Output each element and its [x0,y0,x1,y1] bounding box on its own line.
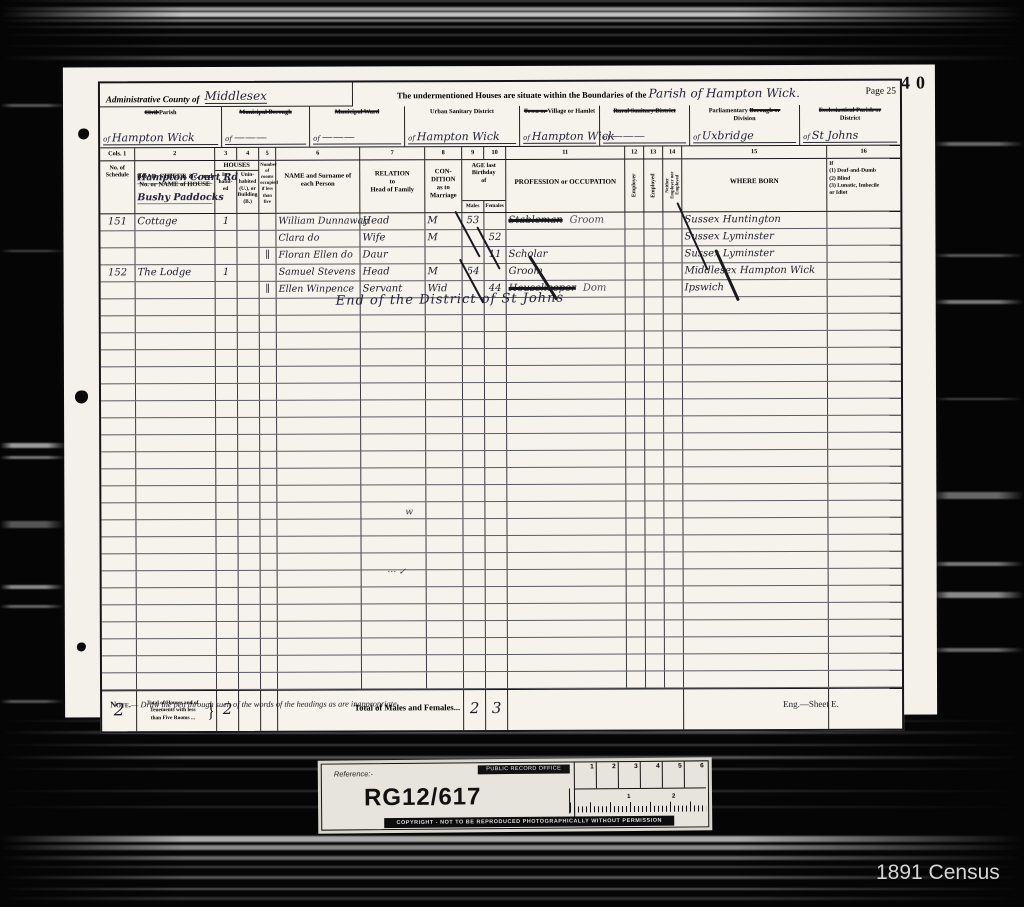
table-cell [361,417,426,433]
heading-schedule: No. of Schedule [100,161,135,213]
table-cell [683,518,828,535]
scanline [0,0,1024,2]
table-cell [485,434,507,450]
scanline [0,19,1024,22]
table-cell [664,467,683,483]
table-cell [238,452,260,468]
district-cell: Municipal Boroughof——— [222,107,310,147]
table-cell [239,656,261,672]
scanline [0,12,1024,17]
table-cell [645,331,664,347]
table-cell [137,588,217,604]
district-cell: Urban Sanitary DistrictofHampton Wick [405,106,520,146]
table-cell [665,586,684,602]
table-cell [260,520,277,536]
table-cell [427,638,464,654]
table-cell [278,587,362,603]
table-cell [664,450,683,466]
scanline [0,585,64,589]
punch-hole [77,642,86,651]
road-entry: Bushy Paddocks [137,192,212,204]
column-number: 14 [663,146,682,158]
table-cell [684,586,829,603]
totals-houses: Total of Houses and of Tenements with le… [137,691,217,731]
table-cell: Head [361,264,426,280]
table-cell [485,485,507,501]
table-cell [102,537,137,553]
table-cell [278,604,362,620]
column-number: 6 [276,147,360,159]
table-cell [827,229,900,245]
table-cell [486,672,508,688]
table-cell [828,348,901,364]
table-cell [829,535,902,551]
table-cell [463,434,485,450]
table-cell [101,282,136,298]
table-cell [216,418,238,434]
table-cell [485,417,507,433]
table-cell [828,331,901,347]
table-cell [463,332,485,348]
reference-value: RG12/617 [364,783,482,812]
heading-rooms: Number of rooms occupied if less than fi… [259,161,276,213]
table-cell [426,366,463,382]
heading-profession: PROFESSION or OCCUPATION [506,160,625,212]
table-cell [645,399,664,415]
cm-ruler: 12 [569,787,706,813]
table-cell [664,314,683,330]
table-cell [684,569,829,586]
table-cell [277,332,361,348]
table-cell [362,621,427,637]
table-cell [507,366,626,382]
table-cell [484,213,506,229]
table-cell [828,399,901,415]
table-cell: Daur [360,247,425,263]
heading-infirmities: If (1) Deaf-and-Dumb (2) Blind (3) Lunat… [827,159,900,211]
table-cell [464,604,486,620]
table-cell [238,333,260,349]
table-cell [216,503,238,519]
table-cell [361,383,426,399]
table-cell [507,468,626,484]
table-cell [101,486,136,502]
table-cell [463,468,485,484]
scanline [0,845,1024,850]
table-cell [683,450,828,467]
scanline [932,562,1024,566]
table-cell [464,672,486,688]
heading-employed: Employed [644,159,663,211]
table-cell [136,350,216,366]
table-cell: Clara do [276,230,360,246]
table-cell [239,605,261,621]
scanline [0,250,66,252]
totals-males-females-label: Total of Males and Females... [278,690,464,731]
table-cell [102,571,137,587]
table-cell [361,434,426,450]
cm-mark: 2 [672,794,675,800]
table-cell [277,315,361,331]
table-cell [217,656,239,672]
table-cell [277,485,361,501]
column-number: 3 [215,148,237,160]
table-cell [665,603,684,619]
stray-mark: ⋯ ✓ [387,567,406,577]
scanline [0,34,1024,36]
scanline [0,45,1024,47]
table-cell [216,401,238,417]
table-cell [216,435,238,451]
form-title-row: Administrative County of Middlesex The u… [100,81,900,108]
census-form: Administrative County of Middlesex The u… [98,79,904,734]
table-cell [261,588,278,604]
table-cell [485,400,507,416]
table-cell [427,655,464,671]
table-cell [665,654,684,670]
table-cell [278,672,362,688]
table-cell [463,383,485,399]
table-cell [508,570,627,586]
table-cell [277,349,361,365]
table-cell [463,519,485,535]
table-cell [828,280,901,296]
table-cell [645,280,664,296]
table-cell: Scholar [506,247,625,263]
table-cell [485,383,507,399]
scanline [0,876,1024,879]
table-cell [217,537,239,553]
table-cell [463,349,485,365]
table-cell [137,571,217,587]
table-cell [136,486,216,502]
table-cell [664,484,683,500]
table-cell [259,214,276,230]
scanline [934,254,1024,257]
table-cell [485,502,507,518]
table-cell: ∥ [260,282,277,298]
heading-road: ROAD, STREET, &c., and No. or NAME of HO… [135,161,215,213]
table-cell: The Lodge [136,265,216,281]
table-cell [463,485,485,501]
district-cell: Parliamentary Borough orDivisionofUxbrid… [690,105,800,145]
totals-row: 2 Total of Houses and of Tenements with … [102,688,902,732]
table-cell [101,418,136,434]
table-cell [136,520,216,536]
table-cell [238,469,260,485]
table-cell [645,518,664,534]
table-cell [664,399,683,415]
heading-where-born: WHERE BORN [682,159,827,212]
column-number: 5 [259,148,276,160]
table-cell [136,418,216,434]
scanline [0,700,64,703]
table-cell [277,468,361,484]
table-cell [238,401,260,417]
table-cell [626,433,645,449]
table-cell [463,366,485,382]
table-cell [626,382,645,398]
table-cell [426,434,463,450]
table-cell [102,605,137,621]
table-cell [239,622,261,638]
table-cell [216,299,238,315]
table-cell [684,603,829,620]
table-cell [646,620,665,636]
table-cell [217,639,239,655]
table-cell [216,333,238,349]
table-cell [486,638,508,654]
heading-age-title: AGE last Birthday of [462,160,505,200]
scanline [934,142,1024,146]
table-cell [646,535,665,551]
table-cell [485,332,507,348]
heading-condition: CON- DITION as to Marriage [425,160,462,212]
inch-mark: 5 [663,762,685,788]
table-cell [663,246,682,262]
table-cell [427,553,464,569]
table-cell [217,673,239,689]
table-cell [645,416,664,432]
table-cell [261,554,278,570]
scanline [934,300,1024,304]
table-cell [238,520,260,536]
table-cell [261,571,278,587]
table-cell [828,382,901,398]
table-cell [361,332,426,348]
table-cell [626,348,645,364]
table-cell [683,484,828,501]
table-cell [626,399,645,415]
table-cell [464,587,486,603]
table-cell [362,638,427,654]
table-cell [626,501,645,517]
table-cell [136,401,216,417]
table-cell [427,587,464,603]
table-cell [277,434,361,450]
table-cell [217,605,239,621]
table-cell [626,484,645,500]
table-cell [463,400,485,416]
table-cell [136,282,216,298]
table-cell [239,554,261,570]
table-cell [137,639,217,655]
column-number: 10 [484,147,506,159]
table-cell [135,248,215,264]
table-cell [277,383,361,399]
table-cell [664,365,683,381]
table-cell [645,263,664,279]
inch-mark: 2 [597,762,619,788]
census-page: 40 Administrative County of Middlesex Th… [63,64,937,717]
table-cell [101,503,136,519]
table-cell [260,418,277,434]
scanline [0,605,64,608]
table-cell [426,383,463,399]
table-cell [684,654,829,671]
table-cell [625,212,644,228]
table-cell [646,603,665,619]
table-cell [277,366,361,382]
table-cell [216,486,238,502]
table-cell [829,620,902,636]
table-cell [829,654,902,670]
table-cell [217,571,239,587]
table-cell [684,620,829,637]
table-cell: Samuel Stevens [277,264,361,280]
table-cell [485,349,507,365]
table-body: 151Cottage1William DunnawayHeadM53Stable… [100,212,902,691]
table-cell [462,247,484,263]
table-cell: William Dunnaway [276,213,360,229]
table-cell [278,655,362,671]
table-cell [100,231,135,247]
heading-age-group: AGE last Birthday of Males Females [462,160,506,212]
heading-name: NAME and Surname of each Person [276,160,360,212]
table-cell [463,451,485,467]
table-cell [135,231,215,247]
table-cell [829,569,902,585]
table-cell [828,365,901,381]
table-cell [102,622,137,638]
table-cell [486,553,508,569]
table-cell [426,400,463,416]
table-cell [627,535,646,551]
scanline [0,456,66,459]
table-cell [665,637,684,653]
table-cell [102,554,137,570]
table-cell [261,639,278,655]
table-cell [238,350,260,366]
table-cell [645,297,664,313]
table-cell [101,435,136,451]
table-cell [238,486,260,502]
table-cell [828,518,901,534]
inch-mark: 6 [685,761,706,787]
table-cell [216,350,238,366]
table-cell [239,571,261,587]
page-number: Page 25 [844,81,900,105]
table-cell [426,485,463,501]
table-cell [627,671,646,687]
scanline [0,897,1024,900]
totals-houses-value: 2 [217,691,239,731]
table-cell: Sussex Lyminster [682,229,827,246]
table-cell [828,314,901,330]
inch-ruler: 123456 [575,761,706,789]
table-cell [828,501,901,517]
table-cell [625,229,644,245]
district-cell: Civil ParishofHampton Wick [100,107,222,147]
table-cell [486,536,508,552]
table-cell [217,622,239,638]
heading-females: Females [484,201,506,212]
table-cell [507,417,626,433]
scanline [0,443,66,448]
table-cell [277,519,361,535]
table-cell [626,450,645,466]
table-cell [627,603,646,619]
table-cell [646,671,665,687]
table-cell [137,622,217,638]
column-number: 11 [506,147,625,159]
table-cell [260,435,277,451]
table-cell [508,638,627,654]
table-cell [137,554,217,570]
heading-males: Males [462,201,484,212]
table-cell [101,299,136,315]
table-cell [665,569,684,585]
table-cell: Ipswich [683,280,828,297]
table-cell [627,620,646,636]
table-cell [645,348,664,364]
table-cell [261,537,278,553]
scanline [0,521,64,528]
table-cell [828,416,901,432]
sheet-label: Eng.—Sheet E. [783,699,839,709]
table-cell: Floran Ellen do [276,247,360,263]
table-cell [828,433,901,449]
table-cell [261,622,278,638]
table-cell [464,655,486,671]
table-cell [683,348,828,365]
column-headings-row: No. of Schedule ROAD, STREET, &c., and N… [100,159,900,215]
table-cell [260,503,277,519]
table-cell [260,299,277,315]
heading-employer: Employer [625,159,644,211]
table-cell [463,417,485,433]
table-cell [664,297,683,313]
district-value: ofHampton Wick [523,130,596,144]
table-cell: 1 [216,265,238,281]
table-cell [464,553,486,569]
totals-males: 2 [464,690,486,730]
punch-hole [75,390,88,403]
undermentioned-label: The undermentioned Houses are situate wi… [397,89,646,100]
table-cell [362,672,427,688]
table-cell [217,554,239,570]
table-cell [361,366,426,382]
table-cell [486,604,508,620]
table-cell [260,469,277,485]
table-cell [261,656,278,672]
table-cell [137,605,217,621]
table-cell [828,263,901,279]
table-cell [426,417,463,433]
table-cell [645,382,664,398]
scanline [0,56,1024,60]
table-cell [137,673,217,689]
table-cell [507,315,626,331]
column-number: 16 [827,146,900,158]
table-cell [627,552,646,568]
table-cell [216,282,238,298]
scanline [932,648,1024,652]
table-cell [463,315,485,331]
table-cell [507,332,626,348]
table-cell [427,604,464,620]
inch-mark: 4 [641,762,663,788]
table-cell [261,605,278,621]
table-cell [507,502,626,518]
table-cell [663,212,682,228]
table-cell [361,502,426,518]
table-cell [101,452,136,468]
microfilm-viewer: { "film": { "frame_number": "40", "capti… [0,0,1024,907]
district-value: of——— [603,129,686,143]
table-cell [137,656,217,672]
table-cell [238,367,260,383]
